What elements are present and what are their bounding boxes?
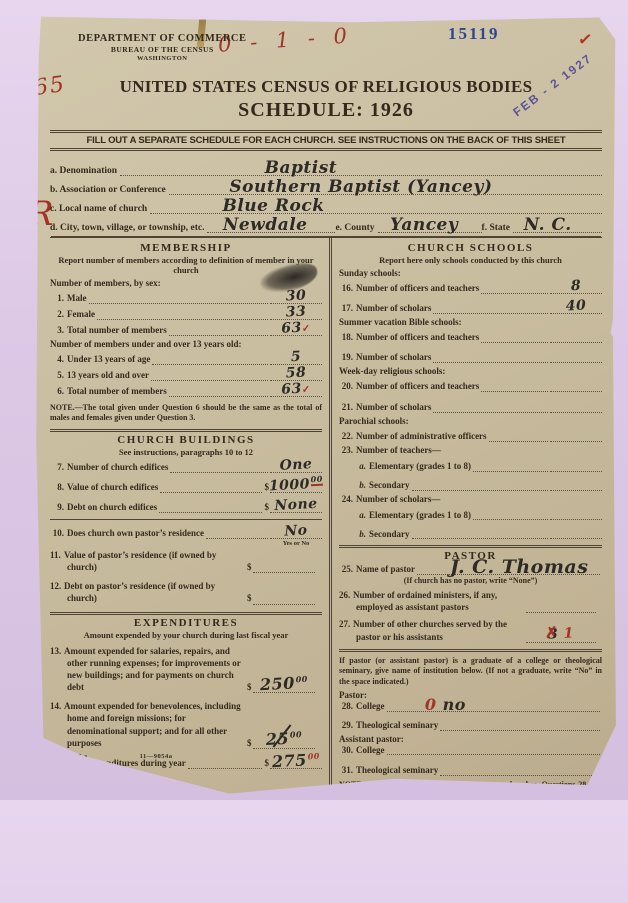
answer-field [253,562,315,573]
answer-field: One [270,462,322,473]
expenditures-title: EXPENDITURES [50,617,322,629]
right-column: CHURCH SCHOOLS Report here only schools … [332,238,602,800]
dotted-leader [433,404,548,413]
answer-field: 25000 [253,682,315,693]
question-number: 27. [339,618,353,630]
question-row-4: 4. Under 13 years of age 5 [50,354,322,365]
question-number: 8. [50,482,67,493]
question-row-2: 2. Female 33 [50,309,322,320]
question-row-22: 22. Number of administrative officers [339,431,602,442]
handwritten-value: 40 [565,297,586,315]
question-number: 1. [50,293,67,304]
question-label: Number of scholars [356,303,431,314]
question-number: 29. [339,720,356,731]
question-row-10: 10. Does church own pastor’s residence N… [50,528,322,539]
field-line: Southern Baptist (Yancey) [169,183,602,195]
question-label: Number of teachers— [356,445,441,456]
red-checkmark: ✓ [302,384,311,395]
question-number: 25. [339,564,356,575]
field-label: f. State [482,223,514,233]
question-row-23: 23. Number of teachers— [339,445,602,456]
question-label: 13.Amount expended for salaries, repairs… [50,645,244,694]
question-label: Elementary (grades 1 to 8) [369,510,471,521]
membership-title: MEMBERSHIP [50,242,322,254]
schools-subtitle: Report here only schools conducted by th… [339,255,602,265]
question-label: Number of officers and teachers [356,381,479,392]
answer-area [526,602,602,613]
question-number: 16. [339,283,356,294]
handwritten-value: 0 no [425,695,466,714]
answer-field [550,332,602,343]
question-label: 14.Amount expended for benevolences, inc… [50,700,244,749]
dotted-leader [97,311,268,320]
dotted-leader [387,746,601,755]
dotted-leader [440,767,600,776]
dotted-leader [481,285,548,294]
handwritten-value: Southern Baptist (Yancey) [229,177,492,197]
divider [50,148,602,151]
question-row-8: 8. Value of church edifices $ 100000 [50,482,322,493]
question-row-27: 27.Number of other churches served by th… [339,618,602,642]
question-row-26: 26.Number of ordained ministers, if any,… [339,589,602,613]
answer-field [253,594,315,605]
question-row-29: 29. Theological seminary [339,720,602,731]
question-number: 6. [50,386,67,397]
question-label: Number of officers and teachers [356,332,479,343]
cents-superscript: 00 [295,673,308,684]
question-number: 24. [339,494,356,505]
edge-tear [610,311,625,338]
agency-block: DEPARTMENT OF COMMERCE BUREAU OF THE CEN… [78,32,247,63]
question-label: Value of church edifices [67,482,158,493]
answer-area: $ [246,561,322,573]
expenditures-subtitle: Amount expended by your church during la… [50,630,322,640]
assistant-pastor-label: Assistant pastor: [339,734,602,744]
question-row-16: 16. Number of officers and teachers 8 [339,283,602,294]
graduate-note: If pastor (or assistant pastor) is a gra… [339,656,602,687]
group-label: Sunday schools: [339,268,602,278]
answer-field [526,602,596,613]
question-number: 26. [339,589,353,601]
question-number: 15. [50,758,67,769]
question-label: Does church own pastor’s residence [67,528,204,539]
form-schedule-title: SCHEDULE: 1926 [50,99,602,122]
bureau-name: BUREAU OF THE CENSUS [78,45,247,54]
field-church-name: c. Local name of church Blue Rock [50,195,602,214]
question-number: 9. [50,502,67,513]
question-row-19: 19. Number of scholars [339,352,602,363]
question-label: College [356,745,385,756]
sub-question-letter: b. [339,480,369,491]
question-row-20: 20. Number of officers and teachers [339,381,602,392]
form-title: UNITED STATES CENSUS OF RELIGIOUS BODIES [50,77,602,97]
question-row-31: 31. Theological seminary [339,765,602,776]
question-label: Male [67,293,87,304]
answer-field: 63✓ [270,386,322,397]
dotted-leader [160,484,261,493]
dotted-leader [473,463,548,472]
question-row-25: 25. Name of pastor J. C. Thomas [339,564,602,575]
department-name: DEPARTMENT OF COMMERCE [78,32,247,45]
instruction-banner: FILL OUT A SEPARATE SCHEDULE FOR EACH CH… [50,130,602,151]
field-line: Blue Rock [150,202,602,214]
question-row-28: 28. College 0 no [339,701,602,712]
cents-superscript: 00 [289,729,302,740]
group-label: Summer vacation Bible schools: [339,317,602,327]
dotted-leader [481,383,548,392]
pastor-note: NOTE.—Where one pastor serves two or mor… [339,780,602,800]
answer-field [550,381,602,392]
question-number: 22. [339,431,356,442]
sub-question-letter: b. [339,529,369,540]
question-row-17: 17. Number of scholars 40 [339,303,602,314]
dotted-leader [206,530,268,539]
dotted-leader [433,305,548,314]
field-line: Baptist [120,164,602,176]
field-line: Newdale [207,221,335,233]
question-row-3: 3. Total number of members 63✓ [50,325,322,336]
identification-section: a. Denomination Baptist b. Association o… [50,157,602,233]
question-label: Secondary [369,529,410,540]
group-label: Number of members, by sex: [50,278,322,288]
question-row-1: 1. Male 30 [50,293,322,304]
answer-field: 3 1 [526,632,596,643]
dotted-leader [170,464,268,473]
handwritten-value: 27500 [272,749,321,771]
form-header: DEPARTMENT OF COMMERCE BUREAU OF THE CEN… [50,24,602,63]
banner-text: FILL OUT A SEPARATE SCHEDULE FOR EACH CH… [50,133,602,148]
dotted-leader [473,511,548,520]
field-association: b. Association or Conference Southern Ba… [50,176,602,195]
handwritten-value: 25000 [259,671,308,695]
question-number: 14. [50,700,64,712]
cents-superscript: 00 [310,474,323,487]
answer-field [550,528,602,539]
group-label: Number of members under and over 13 year… [50,339,322,349]
sub-question-letter: a. [339,510,369,521]
handwritten-value: 8 [570,278,581,295]
question-label: Elementary (grades 1 to 8) [369,461,471,472]
question-number: 21. [339,402,356,413]
form-number: 11—9054a [140,753,173,760]
field-label: c. Local name of church [50,204,150,214]
question-row-5: 5. 13 years old and over 58 [50,370,322,381]
question-number: 18. [339,332,356,343]
answer-field [550,509,602,520]
answer-field [550,480,602,491]
question-label: Number of scholars [356,352,431,363]
field-label: e. County [335,223,377,233]
answer-area: $2500 [246,737,322,749]
question-number: 10. [50,528,67,539]
pastor-label: Pastor: [339,690,602,700]
handwritten-value: Blue Rock [222,196,324,216]
question-label: 26.Number of ordained ministers, if any,… [339,589,524,613]
corrected-value: 1 [563,625,574,642]
field-label: b. Association or Conference [50,185,169,195]
question-row-6: 6. Total number of members 63✓ [50,386,322,397]
answer-field: 27500 [270,758,322,769]
divider [50,519,322,520]
question-row-23a: a. Elementary (grades 1 to 8) [339,461,602,472]
form-print-codes: 8—5518 a 11—9054a [56,753,173,760]
buildings-subtitle: See instructions, paragraphs 10 to 12 [50,447,322,457]
question-label: Number of scholars [356,402,431,413]
schools-title: CHURCH SCHOOLS [339,242,602,254]
question-label: Total number of members [67,325,167,336]
answer-field: 58 [270,370,322,381]
dotted-leader: 0 no [387,703,601,712]
question-label: Number of officers and teachers [356,283,479,294]
question-number: 17. [339,303,356,314]
question-label: Total number of members [67,386,167,397]
question-label: College [356,701,385,712]
dotted-leader [440,722,600,731]
question-label: Theological seminary [356,765,438,776]
question-number: 2. [50,309,67,320]
dotted-leader [412,482,549,491]
question-label: Under 13 years of age [67,354,150,365]
question-number: 5. [50,370,67,381]
group-label: Parochial schools: [339,416,602,426]
dotted-leader [151,372,268,381]
handwritten-value: N. C. [524,215,572,235]
question-row-7: 7. Number of church edifices One [50,462,322,473]
red-checkmark: ✓ [302,323,311,334]
handwritten-value: None [274,496,318,515]
question-label: Secondary [369,480,410,491]
answer-field [550,352,602,363]
dotted-leader [481,334,548,343]
field-line: Yancey [378,221,482,233]
answer-field [550,431,602,442]
question-row-23b: b. Secondary [339,480,602,491]
crossed-out-value: 3 [548,625,559,644]
cents-superscript: 00 [307,750,320,761]
sub-question-letter: a. [339,461,369,472]
handwritten-value: Baptist [265,158,338,178]
two-column-body: MEMBERSHIP Report number of members acco… [50,237,602,800]
answer-area: $25000 [246,681,322,693]
handwritten-value: 2500 [265,727,302,750]
answer-field: 8 [550,283,602,294]
question-number: 23. [339,445,356,456]
dotted-leader [159,504,261,513]
membership-note: NOTE.—The total given under Question 6 s… [50,403,322,424]
handwritten-value: Newdale [223,215,308,235]
answer-field: 30 [270,293,322,304]
question-row-13: 13.Amount expended for salaries, repairs… [50,645,322,694]
answer-field [550,461,602,472]
field-denomination: a. Denomination Baptist [50,157,602,176]
handwritten-value: 100000 [269,475,324,496]
field-label: d. City, town, village, or township, etc… [50,223,207,233]
buildings-title: CHURCH BUILDINGS [50,434,322,446]
answer-area: $ [246,592,322,604]
divider [50,612,322,615]
answer-field: NoYes or No [270,528,322,539]
divider [339,649,602,652]
question-number: 31. [339,765,356,776]
answer-field: None [270,502,322,513]
dotted-leader [169,388,268,397]
question-label: Number of administrative officers [356,431,487,442]
handwritten-value: Yancey [390,215,458,235]
agency-city: WASHINGTON [78,55,247,63]
question-number: 30. [339,745,356,756]
answer-field: 2500 [253,738,315,749]
question-row-18: 18. Number of officers and teachers [339,332,602,343]
question-row-21: 21. Number of scholars [339,402,602,413]
answer-area: 3 1 [526,632,602,643]
answer-field: 5 [270,354,322,365]
red-annotation: 0 [425,695,437,714]
question-number: 11. [50,549,64,561]
field-city-county-state: d. City, town, village, or township, etc… [50,214,602,233]
handwritten-value: 63✓ [281,380,311,398]
answer-field: 63✓ [270,325,322,336]
dotted-leader [152,356,268,365]
question-number: 28. [339,701,356,712]
answer-field [550,402,602,413]
question-label: Theological seminary [356,720,438,731]
question-label: 13 years old and over [67,370,149,381]
question-row-30: 30. College [339,745,602,756]
answer-field: 100000 [270,482,322,493]
divider [339,545,602,548]
membership-subtitle: Report number of members according to de… [50,255,322,275]
question-label: 11.Value of pastor’s residence (if owned… [50,549,244,573]
question-row-15: 15. Total expenditures during year $ 275… [50,758,322,769]
dotted-leader [188,760,262,769]
divider [50,429,322,432]
question-label: 12.Debt on pastor’s residence (if owned … [50,580,244,604]
handwritten-value: No [284,523,308,541]
dotted-leader [489,433,548,442]
handwritten-value: 63✓ [281,319,311,337]
question-row-24: 24. Number of scholars— [339,494,602,505]
question-label: Female [67,309,95,320]
dotted-leader: J. C. Thomas [417,566,600,575]
field-line: N. C. [513,221,602,233]
handwritten-value: One [279,456,313,474]
question-label: Number of scholars— [356,494,440,505]
dotted-leader [169,327,268,336]
question-number: 4. [50,354,67,365]
left-column: MEMBERSHIP Report number of members acco… [50,238,332,800]
yes-no-hint: Yes or No [270,540,322,548]
question-number: 12. [50,580,64,592]
dotted-leader [433,354,548,363]
question-number: 20. [339,381,356,392]
form-content: DEPARTMENT OF COMMERCE BUREAU OF THE CEN… [50,24,602,788]
question-number: 7. [50,462,67,473]
form-number: 8—5518 a [56,753,88,760]
answer-field: 40 [550,303,602,314]
answer-field: 33 [270,309,322,320]
question-label: 27.Number of other churches served by th… [339,618,524,642]
group-label: Week-day religious schools: [339,366,602,376]
question-row-11: 11.Value of pastor’s residence (if owned… [50,549,322,573]
dotted-leader [89,295,269,304]
dotted-leader [412,530,549,539]
question-label: Number of church edifices [67,462,168,473]
question-label: Name of pastor [356,564,415,575]
handwritten-pastor-name: J. C. Thomas [450,556,589,579]
question-row-24b: b. Secondary [339,528,602,539]
question-row-9: 9. Debt on church edifices $ None [50,502,322,513]
question-row-24a: a. Elementary (grades 1 to 8) [339,509,602,520]
handwritten-value: 5 [290,349,301,366]
question-row-12: 12.Debt on pastor’s residence (if owned … [50,580,322,604]
field-label: a. Denomination [50,166,120,176]
question-row-14: 14.Amount expended for benevolences, inc… [50,700,322,749]
question-label: Debt on church edifices [67,502,157,513]
question-number: 19. [339,352,356,363]
question-number: 13. [50,645,64,657]
census-form-scan: 0 - 1 - 0 15119 ✓ FEB - 2 1927 65 R DEPA… [28,12,620,796]
question-number: 3. [50,325,67,336]
handwritten-value: 3 1 [548,624,575,644]
